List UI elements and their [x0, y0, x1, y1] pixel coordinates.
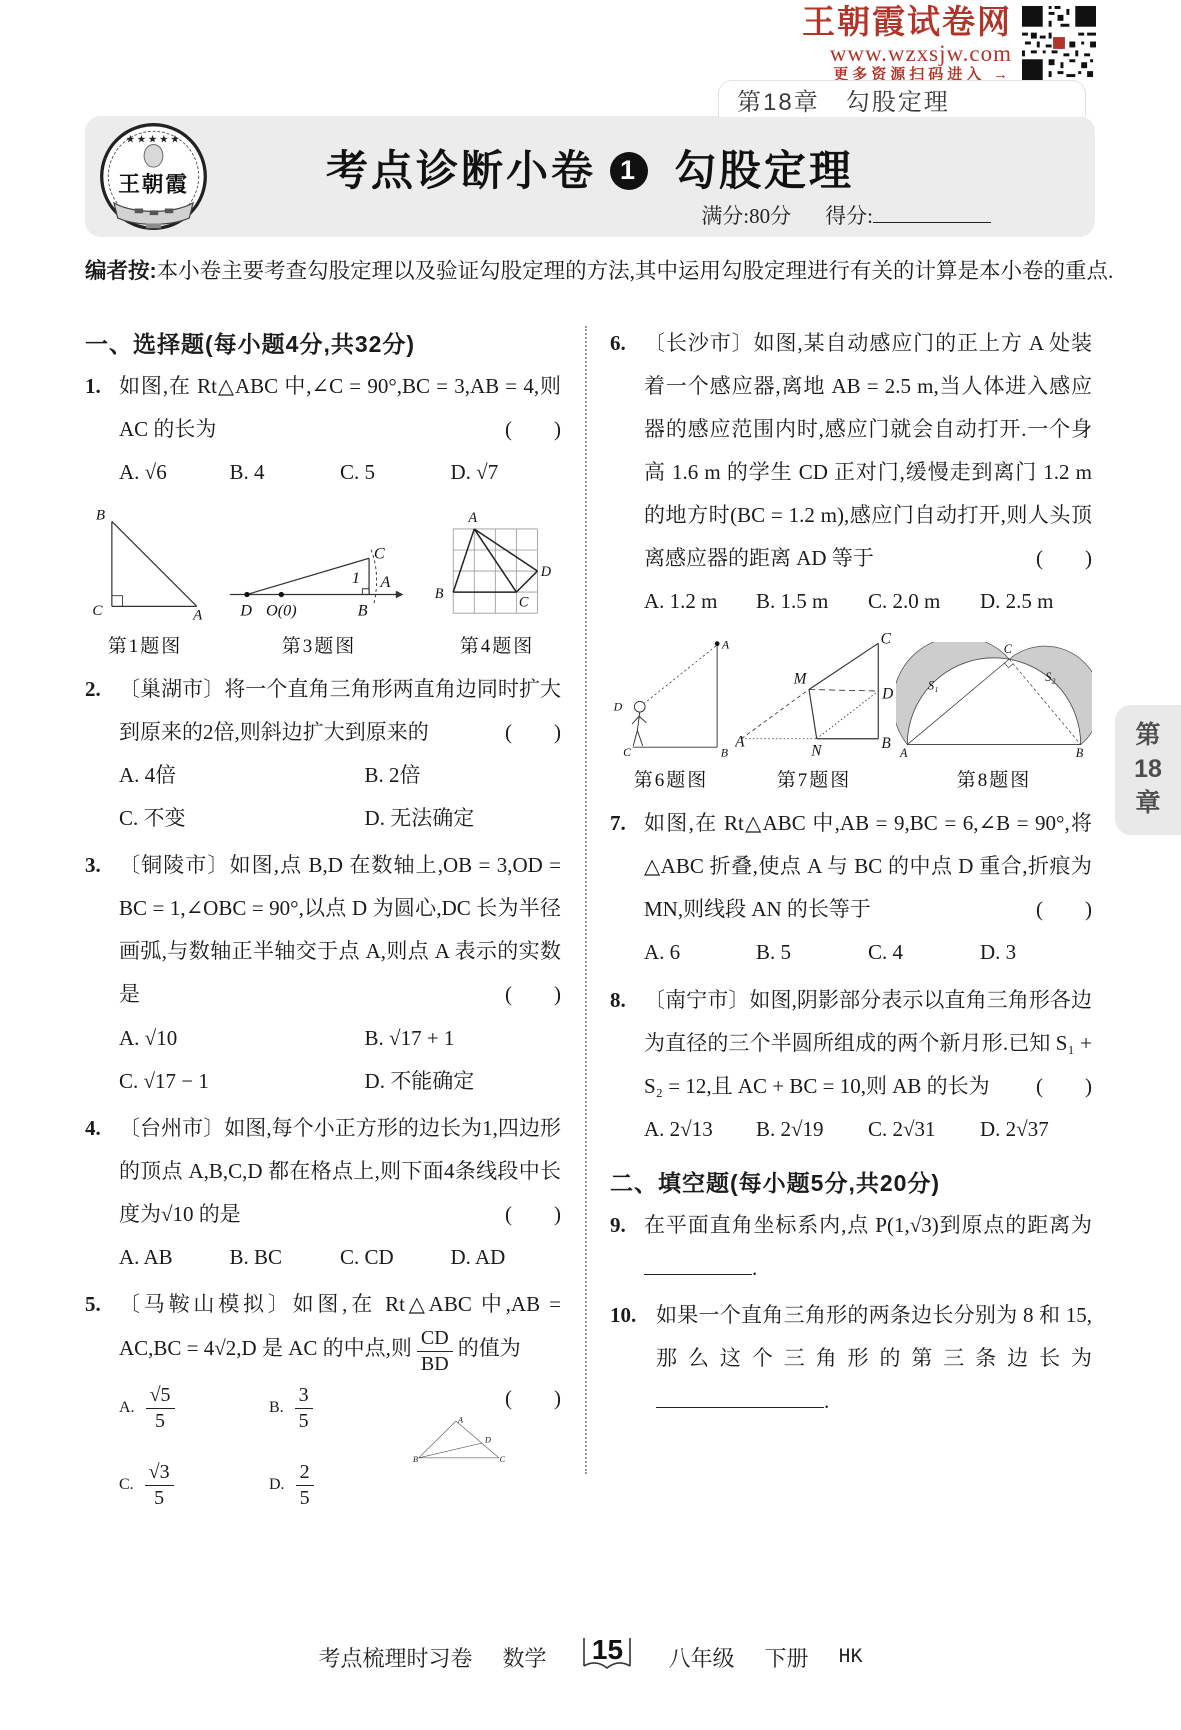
option-b[interactable]: B. 4	[230, 451, 341, 494]
point-label-b: B	[358, 602, 368, 620]
option-a[interactable]: A. AB	[119, 1236, 230, 1279]
options-grid: A.√55 B.35 C.√35 D.25	[85, 1383, 399, 1511]
answer-bracket[interactable]: ( )	[1036, 1065, 1092, 1108]
earned-score-label: 得分:	[825, 204, 873, 228]
area-label-s1: S₁	[928, 679, 938, 693]
figure-caption: 第4题图	[433, 631, 561, 658]
point-label-c: C	[623, 745, 632, 758]
options-row: A. √6 B. 4 C. 5 D. √7	[119, 451, 561, 494]
option-c[interactable]: C. 4	[868, 931, 980, 974]
title-number-badge: 1	[610, 152, 648, 190]
point-label-o: O(0)	[266, 602, 297, 620]
point-label-d: D	[484, 1435, 491, 1444]
figure-q4-diagram: A B C D	[433, 508, 561, 624]
footer-edition: HK	[839, 1646, 863, 1669]
option-d[interactable]: D. AD	[451, 1236, 562, 1279]
chapter-tab: 第18章 勾股定理	[718, 80, 1086, 117]
option-a[interactable]: A. 6	[644, 931, 756, 974]
figure-q7-diagram: A N B C D M	[735, 631, 893, 758]
option-b[interactable]: B. √17 + 1	[365, 1017, 561, 1060]
question-number: 2.	[85, 668, 101, 711]
page-footer: 考点梳理时习卷 数学 15 八年级 下册 HK	[0, 1634, 1181, 1680]
option-d[interactable]: D. 不能确定	[365, 1060, 561, 1103]
question-10: 10. 如果一个直角三角形的两条边长分别为 8 和 15,那么这个三角形的第三条…	[610, 1294, 1092, 1423]
question-9: 9. 在平面直角坐标系内,点 P(1,√3)到原点的距离为.	[610, 1204, 1092, 1290]
length-label-1: 1	[352, 569, 360, 587]
point-label-a: A	[721, 638, 730, 652]
figure-caption: 第6题图	[610, 765, 732, 792]
point-label-c: C	[500, 1455, 505, 1464]
options-row: A. 1.2 m B. 1.5 m C. 2.0 m D. 2.5 m	[644, 580, 1092, 623]
point-label-d: D	[540, 564, 552, 580]
figure-q6: A D C B 第6题图	[610, 634, 732, 792]
question-stem: 如果一个直角三角形的两条边长分别为 8 和 15,那么这个三角形的第三条边长为	[656, 1303, 1092, 1370]
page-number: 15	[576, 1634, 638, 1666]
earned-score-blank[interactable]	[873, 200, 991, 223]
point-label-c: C	[92, 603, 103, 619]
figure-q7: A N B C D M 第7题图	[735, 631, 893, 792]
option-c[interactable]: C. 2√31	[868, 1108, 980, 1151]
option-c[interactable]: C. √17 − 1	[119, 1060, 365, 1103]
editor-note-text: 本小卷主要考查勾股定理以及验证勾股定理的方法,其中运用勾股定理进行有关的计算是本…	[157, 259, 1114, 283]
section-heading-fill: 二、填空题(每小题5分,共20分)	[610, 1165, 1092, 1198]
option-c[interactable]: C. CD	[340, 1236, 451, 1279]
page-number-book: 15	[576, 1634, 638, 1680]
question-number: 8.	[610, 979, 626, 1022]
question-stem: 〔南宁市〕如图,阴影部分表示以直角三角形各边为直径的三个半圆所组成的两个新月形.…	[644, 988, 1092, 1098]
option-d[interactable]: D. 2√37	[980, 1108, 1092, 1151]
column-divider	[585, 326, 587, 1474]
figure-q8-diagram: C A B S₁ S₂	[896, 642, 1092, 758]
question-stem: 如图,在 Rt△ABC 中,∠C = 90°,BC = 3,AB = 4,则 A…	[119, 374, 561, 441]
question-stem: 〔台州市〕如图,每个小正方形的边长为1,四边形的顶点 A,B,C,D 都在格点上…	[119, 1116, 561, 1226]
editor-note: 编者按:本小卷主要考查勾股定理以及验证勾股定理的方法,其中运用勾股定理进行有关的…	[85, 248, 1179, 294]
left-column: 一、选择题(每小题4分,共32分) 1. 如图,在 Rt△ABC 中,∠C = …	[85, 322, 561, 1511]
figure-q8: C A B S₁ S₂ 第8题图	[896, 642, 1092, 792]
option-d[interactable]: D. 3	[980, 931, 1092, 974]
answer-bracket[interactable]: ( )	[505, 1377, 561, 1420]
page-title: 考点诊断小卷1勾股定理	[85, 138, 1095, 198]
question-number: 1.	[85, 365, 101, 408]
question-number: 4.	[85, 1107, 101, 1150]
question-stem: 〔长沙市〕如图,某自动感应门的正上方 A 处装着一个感应器,离地 AB = 2.…	[644, 331, 1092, 570]
question-5: 5. 〔马鞍山模拟〕如图,在 Rt△ABC 中,AB = AC,BC = 4√2…	[85, 1283, 561, 1377]
point-label-b: B	[435, 586, 444, 602]
fraction-cd-bd: CDBD	[417, 1326, 453, 1377]
area-label-s2: S₂	[1045, 670, 1055, 684]
option-b[interactable]: B. 2√19	[756, 1108, 868, 1151]
point-label-b: B	[413, 1455, 418, 1464]
editor-note-label: 编者按:	[85, 259, 157, 283]
point-label-c: C	[519, 595, 529, 611]
figure-q1: B C A 第1题图	[85, 502, 205, 658]
option-c[interactable]: C. 2.0 m	[868, 580, 980, 623]
question-stem-cont: 的值为	[458, 1336, 521, 1360]
options-row: A. 6 B. 5 C. 4 D. 3	[644, 931, 1092, 974]
answer-bracket[interactable]: ( )	[1036, 888, 1092, 931]
answer-bracket[interactable]: ( )	[505, 408, 561, 451]
option-b[interactable]: B. 5	[756, 931, 868, 974]
footer-grade: 八年级	[668, 1642, 734, 1673]
figure-q3: D O(0) B C 1 A 第3题图	[226, 544, 412, 658]
point-label-a: A	[380, 573, 391, 591]
question-number: 5.	[85, 1283, 101, 1326]
worksheet-page: 王朝霞试卷网 www.wzxsjw.com 更多资源扫码进入 → 第18章 勾股…	[0, 0, 1181, 1730]
figure-q3-diagram: D O(0) B C 1 A	[226, 544, 412, 624]
point-label-d: D	[239, 602, 252, 620]
answer-blank[interactable]	[656, 1385, 824, 1408]
point-label-a: A	[457, 1416, 464, 1425]
point-label-a: A	[899, 746, 908, 758]
option-a[interactable]: A. √10	[119, 1017, 365, 1060]
point-label-d: D	[881, 686, 893, 703]
answer-bracket[interactable]: ( )	[505, 1193, 561, 1236]
question-5-options-figure: A.√55 B.35 C.√35 D.25 A D B C	[85, 1383, 505, 1511]
figure-caption: 第8题图	[896, 765, 1092, 792]
figure-q1-diagram: B C A	[85, 502, 205, 624]
section-heading-choice: 一、选择题(每小题4分,共32分)	[85, 326, 561, 359]
point-label-c: C	[1004, 642, 1013, 656]
option-d[interactable]: D. √7	[451, 451, 562, 494]
options-row: A. 2√13 B. 2√19 C. 2√31 D. 2√37	[644, 1108, 1092, 1151]
question-number: 9.	[610, 1204, 626, 1247]
question-1: 1. 如图,在 Rt△ABC 中,∠C = 90°,BC = 3,AB = 4,…	[85, 365, 561, 494]
point-label-b: B	[1076, 746, 1084, 758]
full-score-label: 满分:80分	[701, 204, 791, 228]
answer-bracket[interactable]: ( )	[505, 973, 561, 1016]
footer-series: 考点梳理时习卷	[318, 1642, 472, 1673]
option-a[interactable]: A. 1.2 m	[644, 580, 756, 623]
brand-url: www.wzxsjw.com	[640, 41, 1012, 67]
question-stem: 在平面直角坐标系内,点 P(1,√3)到原点的距离为	[644, 1213, 1092, 1237]
option-b[interactable]: B. BC	[230, 1236, 341, 1279]
question-number: 10.	[610, 1294, 636, 1337]
option-a[interactable]: A. 4倍	[119, 754, 365, 797]
option-b[interactable]: B.35	[269, 1383, 399, 1434]
option-a[interactable]: A.√55	[119, 1383, 269, 1434]
point-label-c: C	[374, 544, 385, 562]
brand-name: 王朝霞试卷网	[640, 4, 1012, 41]
figure-caption: 第3题图	[226, 631, 412, 658]
point-label-a: A	[735, 734, 745, 751]
options-row: A. AB B. BC C. CD D. AD	[119, 1236, 561, 1279]
option-d[interactable]: D. 无法确定	[365, 797, 561, 840]
question-3: 3. 〔铜陵市〕如图,点 B,D 在数轴上,OB = 3,OD = BC = 1…	[85, 844, 561, 1102]
footer-volume: 下册	[765, 1642, 809, 1673]
footer-subject: 数学	[502, 1642, 546, 1673]
option-a[interactable]: A. 2√13	[644, 1108, 756, 1151]
question-4: 4. 〔台州市〕如图,每个小正方形的边长为1,四边形的顶点 A,B,C,D 都在…	[85, 1107, 561, 1279]
figures-row-left: B C A 第1题图 D	[85, 502, 561, 658]
options-grid: A. 4倍 B. 2倍 C. 不变 D. 无法确定	[119, 754, 561, 840]
question-number: 6.	[610, 322, 626, 365]
option-c[interactable]: C. 5	[340, 451, 451, 494]
score-line: 满分:80分得分:	[701, 200, 991, 230]
figure-q4: A B C D 第4题图	[433, 508, 561, 658]
question-number: 3.	[85, 844, 101, 887]
point-label-b: B	[96, 508, 105, 524]
answer-blank[interactable]	[644, 1252, 752, 1275]
option-c[interactable]: C. 不变	[119, 797, 365, 840]
question-number: 7.	[610, 802, 626, 845]
question-8: 8. 〔南宁市〕如图,阴影部分表示以直角三角形各边为直径的三个半圆所组成的两个新…	[610, 979, 1092, 1151]
option-d[interactable]: D. 2.5 m	[980, 580, 1092, 623]
figures-row-right: A D C B 第6题图	[610, 631, 1092, 792]
option-c[interactable]: C.√35	[119, 1460, 269, 1511]
question-6: 6. 〔长沙市〕如图,某自动感应门的正上方 A 处装着一个感应器,离地 AB =…	[610, 322, 1092, 623]
title-prefix: 考点诊断小卷	[326, 147, 596, 194]
question-7: 7. 如图,在 Rt△ABC 中,AB = 9,BC = 6,∠B = 90°,…	[610, 802, 1092, 974]
point-label-a: A	[467, 510, 477, 526]
qr-code-icon	[1022, 6, 1096, 80]
option-b[interactable]: B. 2倍	[365, 754, 561, 797]
side-chapter-tab: 第 18 章	[1115, 705, 1181, 835]
point-label-b: B	[881, 735, 891, 752]
brand-block: 王朝霞试卷网 www.wzxsjw.com 更多资源扫码进入 →	[640, 4, 1012, 84]
figure-q5-diagram: A D B C	[413, 1389, 505, 1494]
right-column: 6. 〔长沙市〕如图,某自动感应门的正上方 A 处装着一个感应器,离地 AB =…	[610, 322, 1092, 1427]
question-stem: 〔铜陵市〕如图,点 B,D 在数轴上,OB = 3,OD = BC = 1,∠O…	[119, 853, 561, 1006]
point-label-d: D	[613, 700, 623, 714]
title-subject: 勾股定理	[674, 147, 854, 194]
question-stem: 如图,在 Rt△ABC 中,AB = 9,BC = 6,∠B = 90°,将△A…	[644, 811, 1092, 921]
options-grid: A. √10 B. √17 + 1 C. √17 − 1 D. 不能确定	[119, 1017, 561, 1103]
point-label-m: M	[793, 671, 808, 688]
figure-caption: 第7题图	[735, 765, 893, 792]
answer-bracket[interactable]: ( )	[505, 711, 561, 754]
question-2: 2. 〔巢湖市〕将一个直角三角形两直角边同时扩大到原来的2倍,则斜边扩大到原来的…	[85, 668, 561, 840]
point-label-b: B	[721, 746, 728, 758]
point-label-n: N	[810, 743, 822, 758]
point-label-a: A	[192, 608, 203, 624]
title-band: ★★★★★ 王朝霞 考点诊断小卷1勾股定理 满分:80分得分:	[85, 116, 1095, 237]
figure-caption: 第1题图	[85, 631, 205, 658]
point-label-c: C	[881, 631, 892, 647]
option-b[interactable]: B. 1.5 m	[756, 580, 868, 623]
option-a[interactable]: A. √6	[119, 451, 230, 494]
question-stem: 〔巢湖市〕将一个直角三角形两直角边同时扩大到原来的2倍,则斜边扩大到原来的	[119, 677, 561, 744]
figure-q6-diagram: A D C B	[610, 634, 732, 758]
answer-bracket[interactable]: ( )	[1036, 537, 1092, 580]
option-d[interactable]: D.25	[269, 1460, 399, 1511]
